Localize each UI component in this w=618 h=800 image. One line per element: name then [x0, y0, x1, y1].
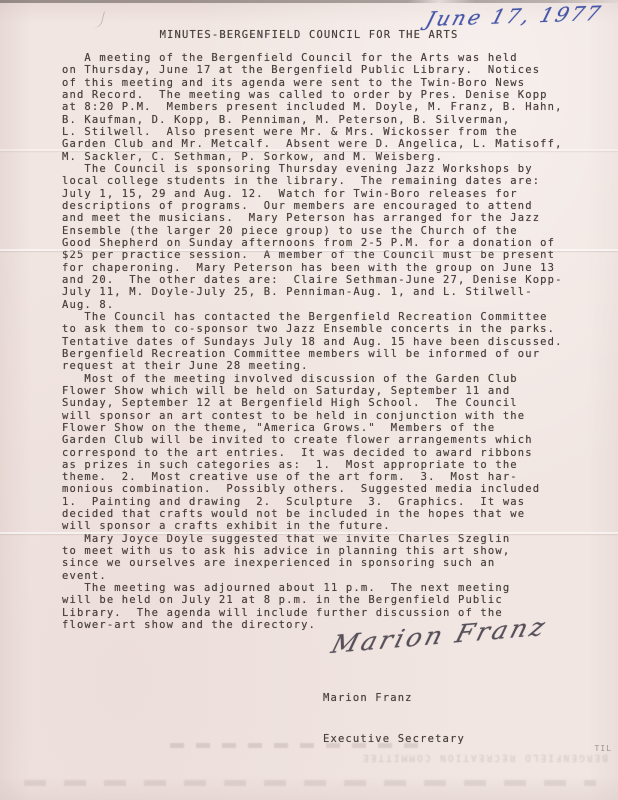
- scan-top-edge-shadow: [0, 0, 618, 3]
- paragraph-attendance: A meeting of the Bergenfield Council for…: [62, 52, 592, 163]
- scanned-document-page: June 17, 1977 MINUTES-BERGENFIELD COUNCI…: [0, 0, 618, 800]
- paragraph-recreation: The Council has contacted the Bergenfiel…: [62, 311, 592, 373]
- document-body: A meeting of the Bergenfield Council for…: [62, 52, 592, 631]
- bleed-through-mirrored-text: BERGENFIELD RECREATION COMMITTEE: [318, 752, 608, 763]
- document-title: MINUTES-BERGENFIELD COUNCIL FOR THE ARTS: [0, 29, 618, 42]
- paragraph-szeglin: Mary Joyce Doyle suggested that we invit…: [62, 533, 592, 582]
- handwritten-date: June 17, 1977: [424, 1, 606, 31]
- paragraph-jazz-workshops: The Council is sponsoring Thursday eveni…: [62, 163, 592, 311]
- edge-ink-mark: TIL: [595, 744, 612, 753]
- pencil-scratch-mark: [90, 9, 105, 29]
- fold-crease-lower: [0, 532, 618, 534]
- signature-typed-name: Marion Franz: [323, 692, 465, 706]
- fold-crease-top: [0, 149, 618, 151]
- fold-crease-upper: [0, 249, 618, 251]
- bleed-through-smudge-1: [170, 743, 430, 748]
- paragraph-flower-show: Most of the meeting involved discussion …: [62, 373, 592, 533]
- bleed-through-smudge-2: [24, 780, 596, 786]
